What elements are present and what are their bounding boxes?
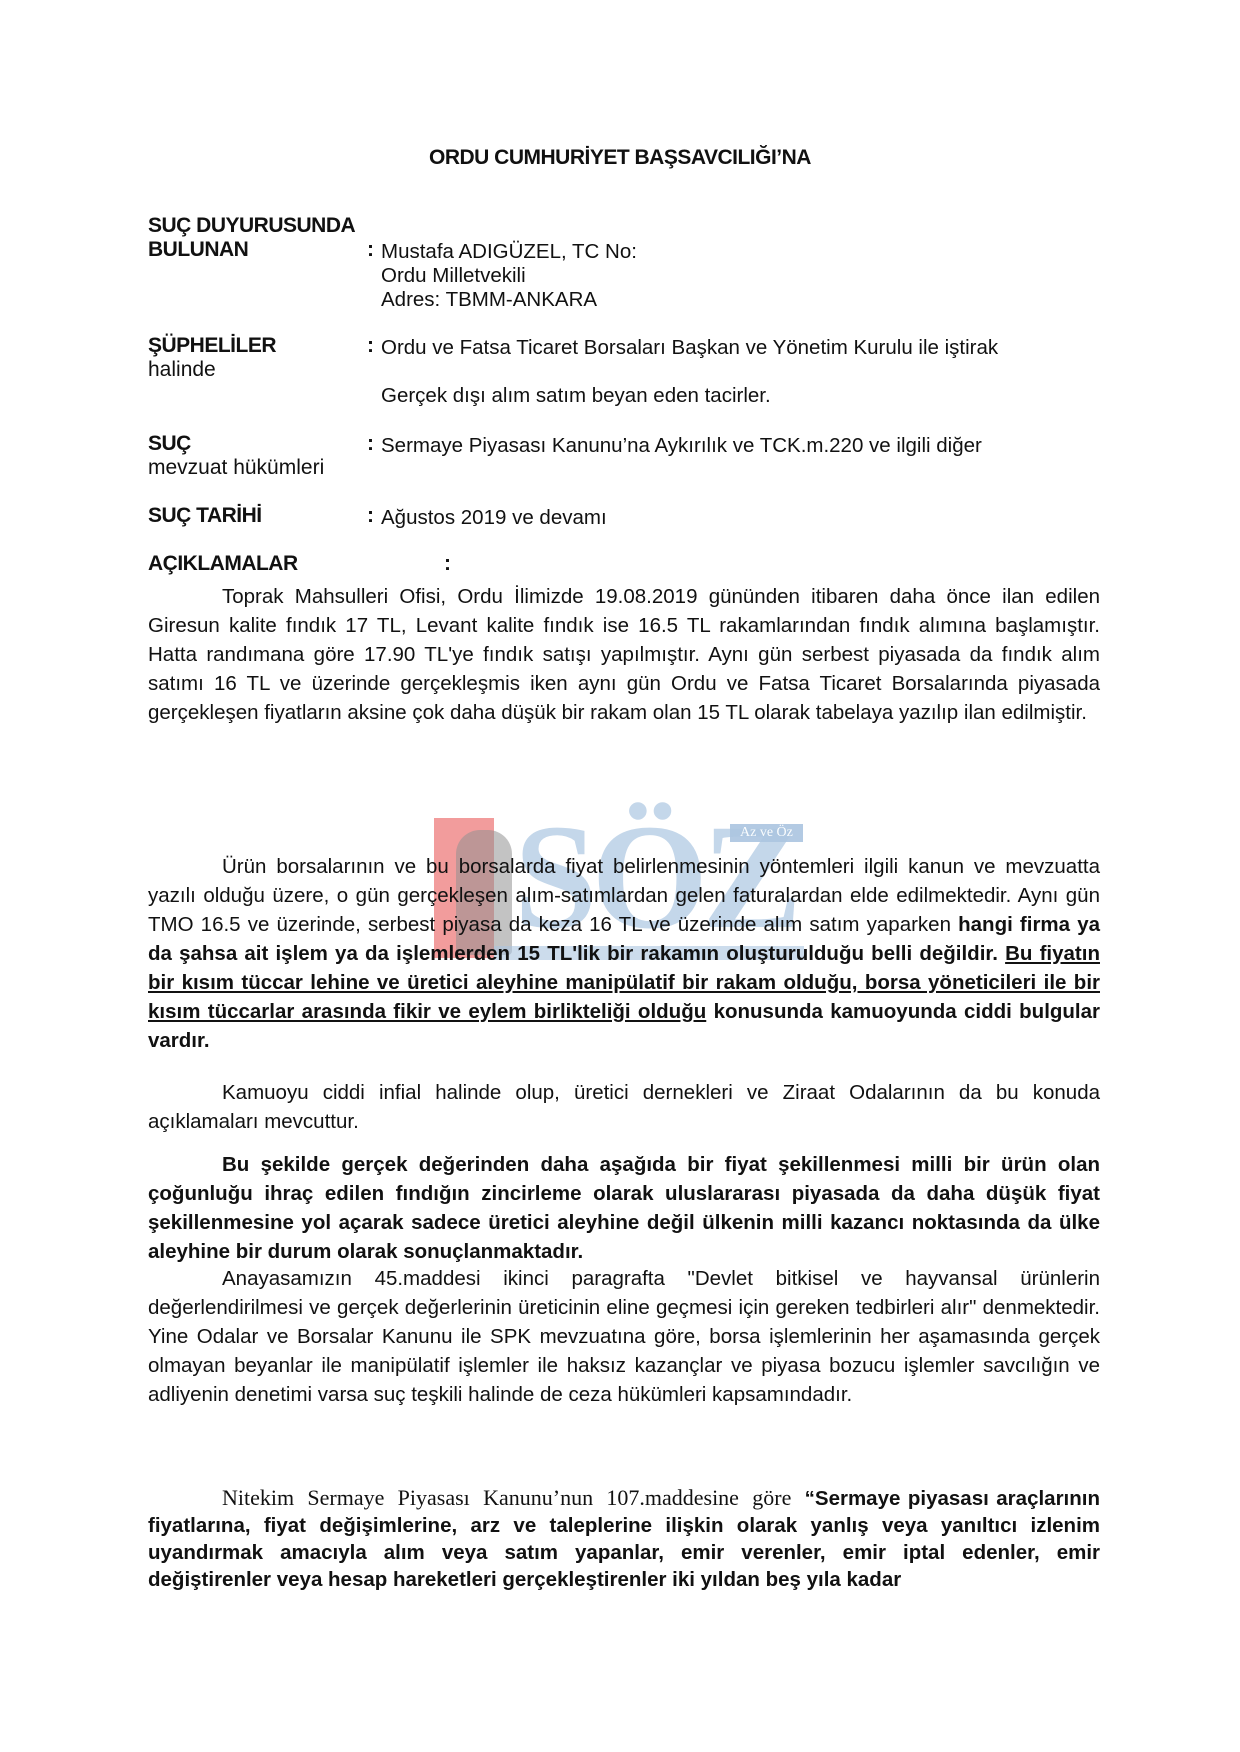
complainant-label-line2: BULUNAN (148, 238, 248, 262)
complainant-address: Adres: TBMM-ANKARA (381, 288, 597, 312)
paragraph-4: Bu şekilde gerçek değerinden daha aşağıd… (148, 1150, 1100, 1266)
complainant-colon: : (367, 238, 374, 262)
explanations-colon: : (444, 552, 451, 576)
crime-colon: : (367, 432, 374, 456)
suspects-label: ŞÜPHELİLER (148, 334, 276, 358)
document-page: ORDU CUMHURİYET BAŞSAVCILIĞI’NA SUÇ DUYU… (0, 0, 1240, 1752)
paragraph-1: Toprak Mahsulleri Ofisi, Ordu İlimizde 1… (148, 582, 1100, 727)
paragraph-3: Kamuoyu ciddi infial halinde olup, üreti… (148, 1078, 1100, 1136)
complainant-label-line1: SUÇ DUYURUSUNDA (148, 214, 355, 238)
suspects-line1: Ordu ve Fatsa Ticaret Borsaları Başkan v… (381, 336, 998, 360)
crime-sub-label: mevzuat hükümleri (148, 456, 324, 480)
complainant-title: Ordu Milletvekili (381, 264, 526, 288)
crime-date-label: SUÇ TARİHİ (148, 504, 262, 528)
paragraph-2: Ürün borsalarının ve bu borsalarda fiyat… (148, 852, 1100, 1055)
paragraph-6: Nitekim Sermaye Piyasası Kanunu’nun 107.… (148, 1484, 1100, 1593)
explanations-label: AÇIKLAMALAR (148, 552, 298, 576)
complainant-name: Mustafa ADIGÜZEL, TC No: (381, 240, 637, 264)
crime-date-colon: : (367, 504, 374, 528)
crime-label: SUÇ (148, 432, 191, 456)
paragraph-5: Anayasamızın 45.maddesi ikinci paragraft… (148, 1264, 1100, 1409)
document-title: ORDU CUMHURİYET BAŞSAVCILIĞI’NA (0, 146, 1240, 170)
crime-date-value: Ağustos 2019 ve devamı (381, 506, 607, 530)
suspects-colon: : (367, 334, 374, 358)
watermark-tag: Az ve Öz (730, 824, 803, 842)
suspects-line2: Gerçek dışı alım satım beyan eden tacirl… (381, 384, 771, 408)
suspects-sub-label: halinde (148, 358, 216, 382)
paragraph-6-serif: Nitekim Sermaye Piyasası Kanunu’nun 107.… (222, 1485, 805, 1510)
crime-value: Sermaye Piyasası Kanunu’na Aykırılık ve … (381, 434, 982, 458)
